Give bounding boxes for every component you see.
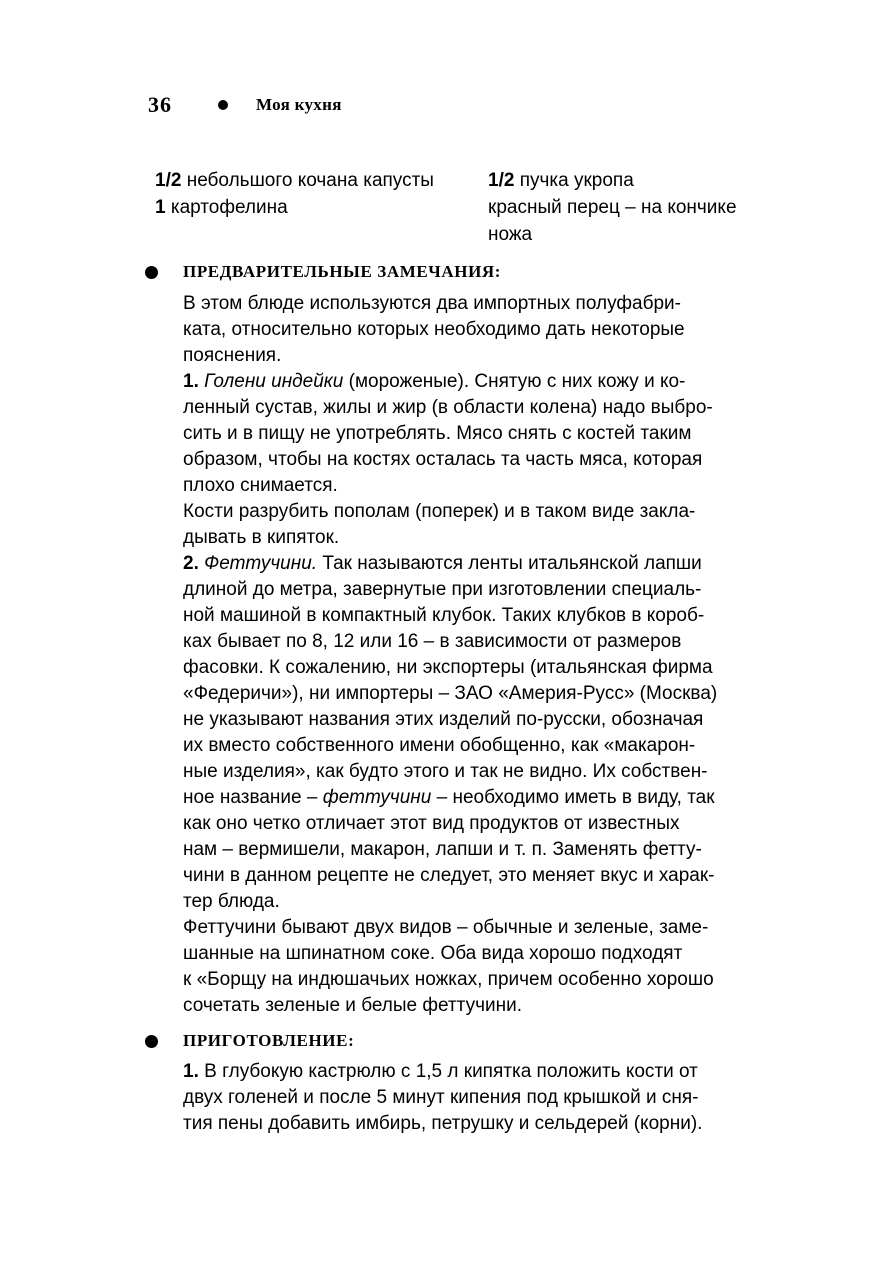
text-run: Феттучини бывают двух видов – обычные и …: [183, 917, 708, 938]
text-line: В этом блюде используются два импортных …: [183, 291, 823, 317]
text-run: сить и в пищу не употреблять. Мясо снять…: [183, 423, 691, 444]
text-line: 1 картофелина: [155, 194, 488, 221]
text-line: ные изделия», как будто этого и так не в…: [183, 759, 823, 785]
text-run: длиной до метра, завернутые при изготовл…: [183, 579, 701, 600]
text-run: нам – вермишели, макарон, лапши и т. п. …: [183, 839, 702, 860]
text-line: пояснения.: [183, 343, 823, 369]
text-run: фасовки. К сожалению, ни экспортеры (ита…: [183, 657, 713, 678]
text-line: 1/2 небольшого кочана капусты: [155, 167, 488, 194]
text-run: ножа: [488, 224, 532, 245]
text-line: ках бывает по 8, 12 или 16 – в зависимос…: [183, 629, 823, 655]
text-run: дывать в кипяток.: [183, 527, 339, 548]
text-line: нам – вермишели, макарон, лапши и т. п. …: [183, 837, 823, 863]
text-line: чини в данном рецепте не следует, это ме…: [183, 863, 823, 889]
page-number: 36: [148, 92, 172, 118]
text-run: В этом блюде используются два импортных …: [183, 293, 681, 314]
text-line: ной машиной в компактный клубок. Таких к…: [183, 603, 823, 629]
text-run: ное название –: [183, 787, 323, 808]
text-line: тер блюда.: [183, 889, 823, 915]
text-line: не указывают названия этих изделий по-ру…: [183, 707, 823, 733]
text-run: плохо снимается.: [183, 475, 338, 496]
text-run: тия пены добавить имбирь, петрушку и сел…: [183, 1113, 702, 1134]
text-run: тер блюда.: [183, 891, 280, 912]
running-head: 36 Моя кухня: [148, 92, 342, 118]
section-heading-preparation: ПРИГОТОВЛЕНИЕ:: [145, 1031, 354, 1051]
text-run: ные изделия», как будто этого и так не в…: [183, 761, 708, 782]
text-line: шанные на шпинатном соке. Оба вида хорош…: [183, 941, 823, 967]
text-line: дывать в кипяток.: [183, 525, 823, 551]
text-line: «Федеричи»), ни импортеры – ЗАО «Америя-…: [183, 681, 823, 707]
text-run: образом, чтобы на костях осталась та час…: [183, 449, 702, 470]
text-run: (мороженые). Снятую с них кожу и ко-: [343, 371, 685, 392]
text-run: 1: [155, 197, 166, 218]
text-run: Феттучини.: [204, 553, 317, 574]
text-run: сочетать зеленые и белые феттучини.: [183, 995, 522, 1016]
text-run: ной машиной в компактный клубок. Таких к…: [183, 605, 704, 626]
text-run: красный перец – на кончике: [488, 197, 737, 218]
text-line: ножа: [488, 221, 788, 248]
text-line: Кости разрубить пополам (поперек) и в та…: [183, 499, 823, 525]
text-line: фасовки. К сожалению, ни экспортеры (ита…: [183, 655, 823, 681]
text-run: ленный сустав, жилы и жир (в области кол…: [183, 397, 713, 418]
text-run: шанные на шпинатном соке. Оба вида хорош…: [183, 943, 682, 964]
text-line: 2. Феттучини. Так называются ленты италь…: [183, 551, 823, 577]
text-run: картофелина: [166, 197, 288, 218]
text-line: образом, чтобы на костях осталась та час…: [183, 447, 823, 473]
text-run: 1/2: [155, 170, 181, 191]
section-title: ПРЕДВАРИТЕЛЬНЫЕ ЗАМЕЧАНИЯ:: [183, 262, 501, 282]
header-bullet-icon: [218, 100, 228, 110]
book-title: Моя кухня: [256, 95, 342, 115]
text-line: красный перец – на кончике: [488, 194, 788, 221]
text-run: как оно четко отличает этот вид продукто…: [183, 813, 680, 834]
text-line: длиной до метра, завернутые при изготовл…: [183, 577, 823, 603]
text-line: плохо снимается.: [183, 473, 823, 499]
text-run: пояснения.: [183, 345, 281, 366]
text-line: ленный сустав, жилы и жир (в области кол…: [183, 395, 823, 421]
text-line: к «Борщу на индюшачьих ножках, причем ос…: [183, 967, 823, 993]
text-line: 1. Голени индейки (мороженые). Снятую с …: [183, 369, 823, 395]
text-run: – необходимо иметь в виду, так: [431, 787, 714, 808]
text-run: «Федеричи»), ни импортеры – ЗАО «Америя-…: [183, 683, 717, 704]
bullet-icon: [145, 1035, 158, 1048]
text-line: Феттучини бывают двух видов – обычные и …: [183, 915, 823, 941]
ingredients-column-left: 1/2 небольшого кочана капусты1 картофели…: [155, 167, 488, 248]
text-line: как оно четко отличает этот вид продукто…: [183, 811, 823, 837]
text-run: двух голеней и после 5 минут кипения под…: [183, 1087, 699, 1108]
ingredients-list: 1/2 небольшого кочана капусты1 картофели…: [155, 167, 788, 248]
text-run: 1.: [183, 371, 199, 392]
text-run: 1/2: [488, 170, 514, 191]
text-run: Голени индейки: [204, 371, 343, 392]
text-line: 1. В глубокую кастрюлю с 1,5 л кипятка п…: [183, 1059, 823, 1085]
bullet-icon: [145, 266, 158, 279]
text-run: В глубокую кастрюлю с 1,5 л кипятка поло…: [199, 1061, 698, 1082]
text-run: ката, относительно которых необходимо да…: [183, 319, 685, 340]
text-line: двух голеней и после 5 минут кипения под…: [183, 1085, 823, 1111]
text-run: не указывают названия этих изделий по-ру…: [183, 709, 703, 730]
book-page: 36 Моя кухня 1/2 небольшого кочана капус…: [0, 0, 886, 1276]
text-line: ката, относительно которых необходимо да…: [183, 317, 823, 343]
preparation-text: 1. В глубокую кастрюлю с 1,5 л кипятка п…: [183, 1059, 823, 1137]
text-run: к «Борщу на индюшачьих ножках, причем ос…: [183, 969, 714, 990]
text-line: сить и в пищу не употреблять. Мясо снять…: [183, 421, 823, 447]
text-run: чини в данном рецепте не следует, это ме…: [183, 865, 715, 886]
text-line: 1/2 пучка укропа: [488, 167, 788, 194]
ingredients-column-right: 1/2 пучка укропакрасный перец – на кончи…: [488, 167, 788, 248]
text-run: небольшого кочана капусты: [181, 170, 434, 191]
text-run: Так называются ленты итальянской лапши: [317, 553, 702, 574]
text-run: Кости разрубить пополам (поперек) и в та…: [183, 501, 695, 522]
text-line: их вместо собственного имени обобщенно, …: [183, 733, 823, 759]
text-line: ное название – феттучини – необходимо им…: [183, 785, 823, 811]
text-run: 2.: [183, 553, 199, 574]
text-run: пучка укропа: [514, 170, 633, 191]
section-title: ПРИГОТОВЛЕНИЕ:: [183, 1031, 354, 1051]
text-run: 1.: [183, 1061, 199, 1082]
text-line: сочетать зеленые и белые феттучини.: [183, 993, 823, 1019]
text-run: их вместо собственного имени обобщенно, …: [183, 735, 695, 756]
text-run: феттучини: [323, 787, 432, 808]
text-line: тия пены добавить имбирь, петрушку и сел…: [183, 1111, 823, 1137]
preliminary-notes-text: В этом блюде используются два импортных …: [183, 291, 823, 1019]
section-heading-preliminary-notes: ПРЕДВАРИТЕЛЬНЫЕ ЗАМЕЧАНИЯ:: [145, 262, 501, 282]
text-run: ках бывает по 8, 12 или 16 – в зависимос…: [183, 631, 681, 652]
